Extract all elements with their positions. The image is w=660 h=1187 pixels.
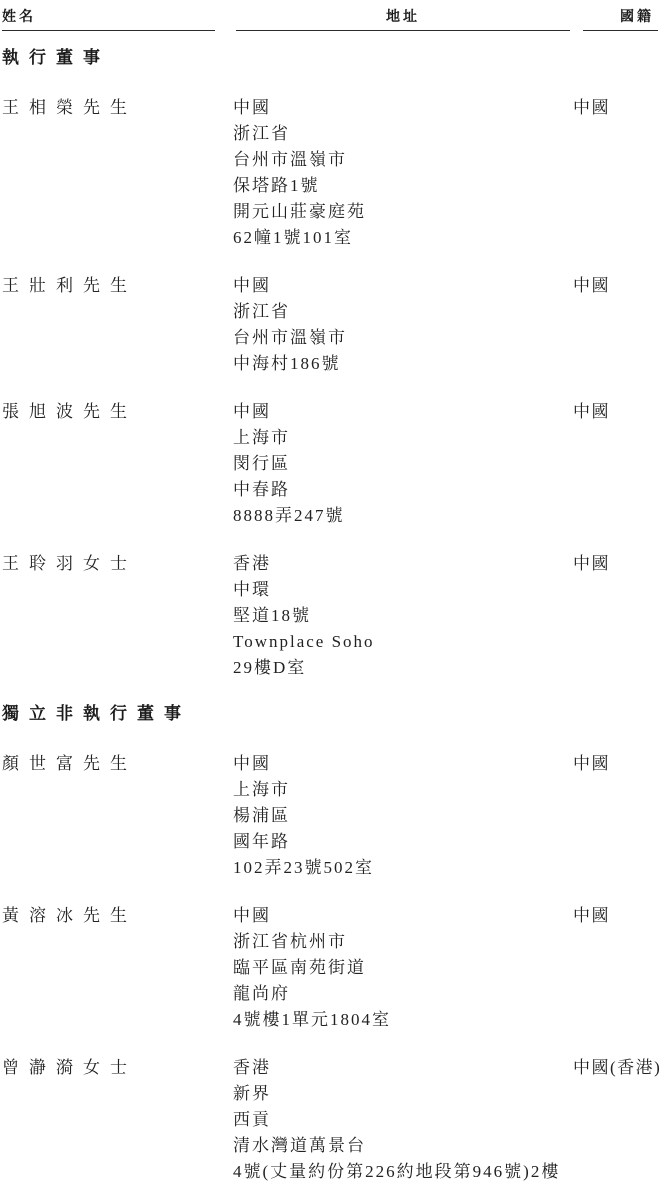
address-line: 香港 [233,551,573,577]
table-row: 王聆羽女士 香港中環堅道18號Townplace Soho29樓D室 中國 [2,551,660,681]
director-name: 顏世富先生 [2,751,233,777]
table-row: 顏世富先生 中國上海市楊浦區國年路102弄23號502室 中國 [2,751,660,881]
address-line: 62幢1號101室 [233,225,573,251]
table-row: 張旭波先生 中國上海市閔行區中春路8888弄247號 中國 [2,399,660,529]
address-line: 中國 [233,903,573,929]
director-address: 中國浙江省台州市溫嶺市保塔路1號開元山莊豪庭苑62幢1號101室 [233,95,573,251]
address-line: Townplace Soho [233,629,573,655]
director-name: 張旭波先生 [2,399,233,425]
address-line: 29樓D室 [233,655,573,681]
director-nationality: 中國 [573,551,658,577]
address-line: 浙江省 [233,121,573,147]
address-line: 浙江省杭州市 [233,929,573,955]
address-line: 上海市 [233,425,573,451]
column-header-name-label: 姓名 [2,10,215,31]
address-line: 4號樓1單元1804室 [233,1007,573,1033]
column-header-address-label: 地址 [236,10,570,31]
address-line: 中國 [233,95,573,121]
director-nationality: 中國 [573,399,658,425]
director-address: 中國上海市楊浦區國年路102弄23號502室 [233,751,573,881]
address-line: 中海村186號 [233,351,573,377]
director-name: 黃溶冰先生 [2,903,233,929]
director-address: 香港中環堅道18號Townplace Soho29樓D室 [233,551,573,681]
address-line: 中環 [233,577,573,603]
director-name: 王相榮先生 [2,95,233,121]
director-section: 獨立非執行董事 顏世富先生 中國上海市楊浦區國年路102弄23號502室 中國 … [2,701,660,1185]
address-line: 西貢 [233,1107,573,1133]
address-line: 中國 [233,273,573,299]
directors-list-page: 姓名 地址 國籍 執行董事 王相榮先生 中國浙江省台州市溫嶺市保塔路1號開元山莊… [0,0,660,1187]
address-line: 台州市溫嶺市 [233,147,573,173]
address-line: 102弄23號502室 [233,855,573,881]
column-header-name: 姓名 [2,10,233,31]
address-line: 堅道18號 [233,603,573,629]
section-title: 執行董事 [2,45,660,71]
director-nationality: 中國 [573,903,658,929]
address-line: 中春路 [233,477,573,503]
director-nationality: 中國 [573,273,658,299]
table-header: 姓名 地址 國籍 [2,10,660,31]
director-name: 王聆羽女士 [2,551,233,577]
section-rows: 顏世富先生 中國上海市楊浦區國年路102弄23號502室 中國 黃溶冰先生 中國… [2,751,660,1185]
director-section: 執行董事 王相榮先生 中國浙江省台州市溫嶺市保塔路1號開元山莊豪庭苑62幢1號1… [2,45,660,681]
director-nationality: 中國 [573,95,658,121]
director-address: 中國浙江省台州市溫嶺市中海村186號 [233,273,573,377]
address-line: 浙江省 [233,299,573,325]
address-line: 中國 [233,751,573,777]
address-line: 香港 [233,1055,573,1081]
address-line: 開元山莊豪庭苑 [233,199,573,225]
director-address: 中國浙江省杭州市臨平區南苑街道龍尚府4號樓1單元1804室 [233,903,573,1033]
address-line: 保塔路1號 [233,173,573,199]
address-line: 4號(丈量約份第226約地段第946號)2樓 [233,1159,573,1185]
address-line: 上海市 [233,777,573,803]
table-row: 曾瀞漪女士 香港新界西貢清水灣道萬景台4號(丈量約份第226約地段第946號)2… [2,1055,660,1185]
director-nationality: 中國 [573,751,658,777]
section-rows: 王相榮先生 中國浙江省台州市溫嶺市保塔路1號開元山莊豪庭苑62幢1號101室 中… [2,95,660,681]
address-line: 8888弄247號 [233,503,573,529]
address-line: 新界 [233,1081,573,1107]
table-row: 王壯利先生 中國浙江省台州市溫嶺市中海村186號 中國 [2,273,660,377]
director-address: 中國上海市閔行區中春路8888弄247號 [233,399,573,529]
director-address: 香港新界西貢清水灣道萬景台4號(丈量約份第226約地段第946號)2樓 [233,1055,573,1185]
directors-table-body: 執行董事 王相榮先生 中國浙江省台州市溫嶺市保塔路1號開元山莊豪庭苑62幢1號1… [2,45,660,1185]
address-line: 閔行區 [233,451,573,477]
address-line: 臨平區南苑街道 [233,955,573,981]
table-row: 王相榮先生 中國浙江省台州市溫嶺市保塔路1號開元山莊豪庭苑62幢1號101室 中… [2,95,660,251]
director-nationality: 中國(香港) [573,1055,658,1081]
director-name: 曾瀞漪女士 [2,1055,233,1081]
section-title: 獨立非執行董事 [2,701,660,727]
address-line: 清水灣道萬景台 [233,1133,573,1159]
column-header-address: 地址 [233,10,573,31]
column-header-nationality: 國籍 [573,10,658,31]
address-line: 台州市溫嶺市 [233,325,573,351]
column-header-nationality-label: 國籍 [583,10,658,31]
address-line: 楊浦區 [233,803,573,829]
director-name: 王壯利先生 [2,273,233,299]
address-line: 龍尚府 [233,981,573,1007]
table-row: 黃溶冰先生 中國浙江省杭州市臨平區南苑街道龍尚府4號樓1單元1804室 中國 [2,903,660,1033]
address-line: 中國 [233,399,573,425]
address-line: 國年路 [233,829,573,855]
